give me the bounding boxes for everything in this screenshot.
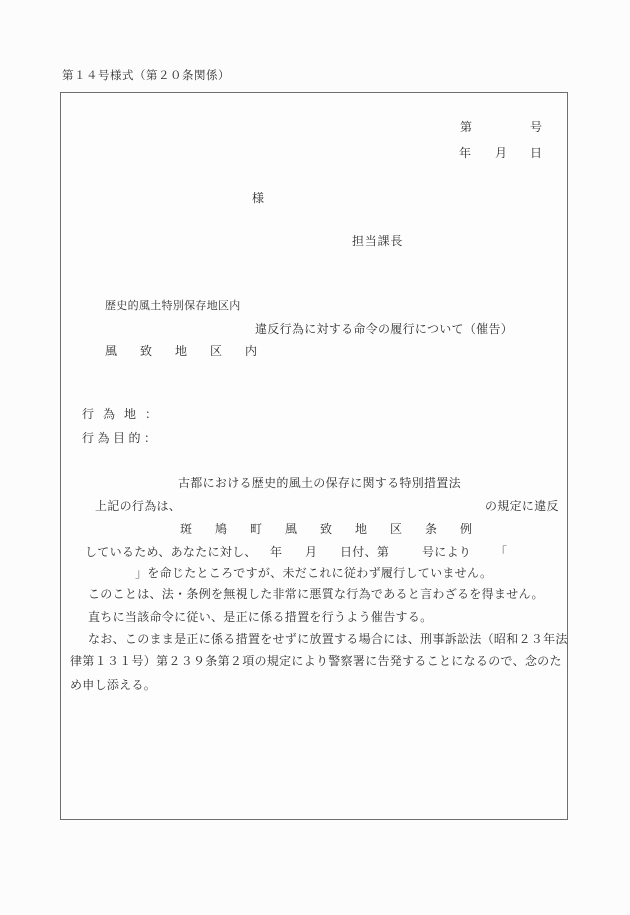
- subject-district-top: 歴史的風土特別保存地区内: [105, 299, 241, 312]
- subject-title: 違反行為に対する命令の履行について（催告）: [255, 322, 513, 336]
- warning-line-3: め申し添える。: [70, 678, 156, 692]
- warning-line-1: なお、このまま是正に係る措置をせずに放置する場合には、刑事訴訟法（昭和２３年法: [88, 632, 568, 646]
- date-month-label: 月: [495, 146, 507, 160]
- violation-suffix-text: の規定に違反: [485, 499, 559, 513]
- doc-number-prefix: 第: [460, 120, 472, 134]
- law-name-line: 古都における歴史的風土の保存に関する特別措置法: [178, 476, 461, 490]
- order-month-label: 月: [305, 545, 317, 559]
- act-site-field-label: 行為地：: [82, 407, 166, 421]
- order-close-line: 」を命じたところですが、未だこれに従わず履行していません。: [135, 566, 492, 580]
- order-year-label: 年: [270, 545, 282, 559]
- ordinance-name-line: 斑鳩町風致地区条例: [180, 522, 495, 536]
- act-purpose-field-label: 行為目的：: [82, 431, 160, 445]
- document-border-box: [60, 92, 568, 820]
- form-number-heading: 第１４号様式（第２０条関係）: [62, 69, 230, 83]
- order-sentence-part1: しているため、あなたに対し、: [85, 545, 257, 559]
- order-open-bracket: 「: [495, 545, 507, 559]
- order-sentence-part2: 日付、第: [340, 545, 389, 559]
- subject-district-bottom: 風致地区内: [105, 344, 280, 358]
- condemn-line: このことは、法・条例を無視した非常に悪質な行為であると言わざるを得ません。: [88, 587, 544, 601]
- act-intro-text: 上記の行為は、: [95, 499, 181, 513]
- document-page: 第１４号様式（第２０条関係） 第 号 年 月 日 様 担当課長 歴史的風土特別保…: [0, 0, 630, 915]
- date-day-label: 日: [530, 146, 542, 160]
- demand-line: 直ちに当該命令に従い、是正に係る措置を行うよう催告する。: [88, 610, 432, 624]
- addressee-honorific: 様: [252, 191, 264, 205]
- doc-number-suffix: 号: [530, 120, 542, 134]
- warning-line-2: 律第１３１号）第２３９条第２項の規定により警察署に告発することになるので、念のた: [70, 654, 562, 668]
- order-sentence-part3: 号により: [422, 545, 471, 559]
- date-year-label: 年: [459, 146, 471, 160]
- sender-title: 担当課長: [352, 234, 403, 248]
